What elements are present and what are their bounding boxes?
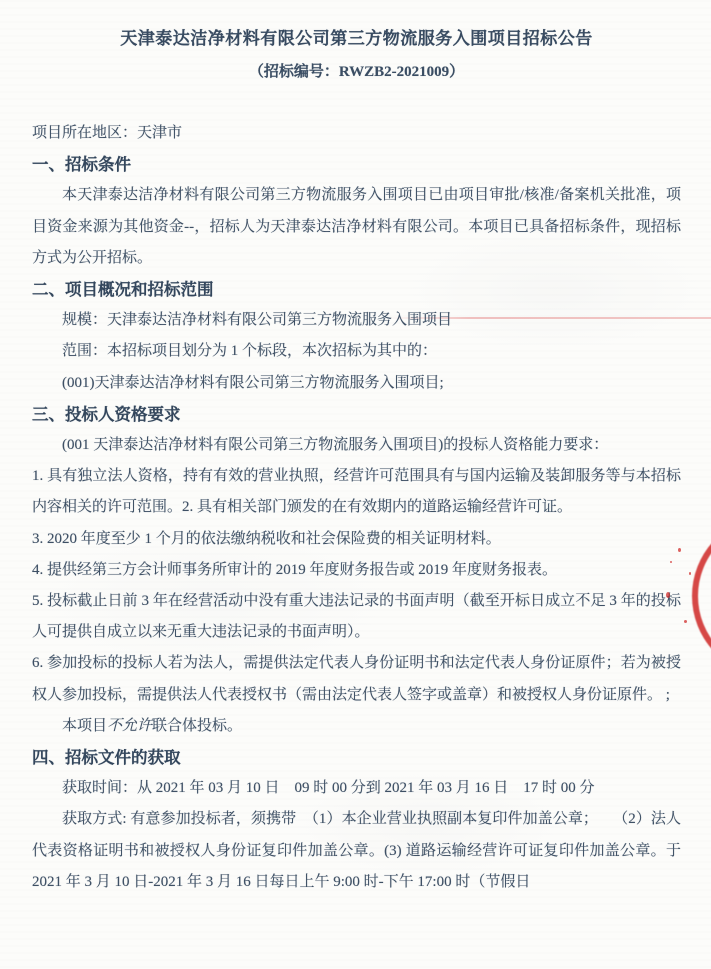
para-no-consortium: 本项目不允许联合体投标。 (32, 711, 681, 742)
para-requirement-5: 5. 投标截止日前 3 年在经营活动中没有重大违法记录的书面声明（截至开标日成立… (32, 586, 681, 648)
no-consortium-suffix: 联合体投标。 (152, 718, 242, 734)
document-content: 天津泰达洁净材料有限公司第三方物流服务入围项目招标公告 （招标编号：RWZB2-… (0, 0, 711, 898)
para-lot-001: (001)天津泰达洁净材料有限公司第三方物流服务入围项目; (32, 368, 681, 399)
no-consortium-emphasis: 不允许 (107, 718, 152, 734)
no-consortium-prefix: 本项目 (62, 718, 107, 734)
section-heading-3: 三、投标人资格要求 (32, 399, 681, 430)
para-requirement-3: 3. 2020 年度至少 1 个月的依法缴纳税收和社会保险费的相关证明材料。 (32, 524, 681, 555)
section-heading-2: 二、项目概况和招标范围 (32, 274, 681, 305)
para-obtain-method: 获取方式: 有意参加投标者，须携带 （1）本企业营业执照副本复印件加盖公章； （… (32, 804, 681, 898)
para-project-scope: 范围：本招标项目划分为 1 个标段，本次招标为其中的： (32, 336, 681, 367)
document-title: 天津泰达洁净材料有限公司第三方物流服务入围项目招标公告 (32, 26, 681, 52)
scanned-document-page: 天津泰达洁净材料有限公司第三方物流服务入围项目招标公告 （招标编号：RWZB2-… (0, 0, 711, 969)
para-requirement-4: 4. 提供经第三方会计师事务所审计的 2019 年度财务报告或 2019 年度财… (32, 555, 681, 586)
para-obtain-time: 获取时间：从 2021 年 03 月 10 日 09 时 00 分到 2021 … (32, 773, 681, 804)
document-body: 项目所在地区：天津市 一、招标条件 本天津泰达洁净材料有限公司第三方物流服务入围… (32, 118, 681, 898)
para-qualification-intro: (001 天津泰达洁净材料有限公司第三方物流服务入围项目)的投标人资格能力要求： (32, 430, 681, 461)
para-requirement-6: 6. 参加投标的投标人若为法人，需提供法定代表人身份证明书和法定代表人身份证原件… (32, 648, 681, 710)
section-heading-1: 一、招标条件 (32, 149, 681, 180)
para-requirement-1-2: 1. 具有独立法人资格，持有有效的营业执照，经营许可范围具有与国内运输及装卸服务… (32, 461, 681, 523)
tender-number: （招标编号：RWZB2-2021009） (32, 60, 681, 84)
para-bidding-conditions: 本天津泰达洁净材料有限公司第三方物流服务入围项目已由项目审批/核准/备案机关批准… (32, 180, 681, 274)
project-location: 项目所在地区：天津市 (32, 118, 681, 149)
para-project-scale: 规模：天津泰达洁净材料有限公司第三方物流服务入围项目 (32, 305, 681, 336)
section-heading-4: 四、招标文件的获取 (32, 742, 681, 773)
